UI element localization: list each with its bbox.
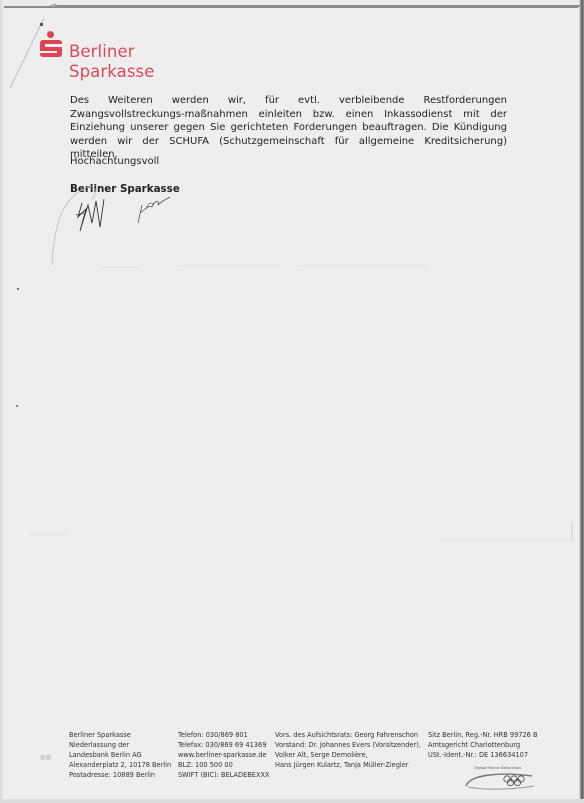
- brand-name: Berliner Sparkasse: [69, 42, 154, 82]
- footer-text: Alexanderplatz 2, 10178 Berlin: [69, 760, 171, 770]
- sparkasse-s-logo-icon: [40, 31, 62, 61]
- footer-address-column: Berliner Sparkasse Niederlassung der Lan…: [69, 730, 171, 780]
- footer-text: Postadresse: 10889 Berlin: [69, 770, 171, 780]
- footer-text: Landesbank Berlin AG: [69, 750, 171, 760]
- footer-swift: SWIFT (BIC): BELADEBEXXX: [178, 770, 270, 780]
- handwritten-signature-icon: [40, 165, 190, 275]
- footer-text: Vorstand: Dr. Johannes Evers (Vorsitzend…: [275, 740, 421, 750]
- brand-line-2: Sparkasse: [69, 62, 154, 82]
- footer-contact-column: Telefon: 030/869 801 Telefax: 030/869 69…: [178, 730, 270, 780]
- footer-fax: Telefax: 030/869 69 41369: [178, 740, 270, 750]
- footer-registry-column: Sitz Berlin, Reg.-Nr. HRB 99726 B Amtsge…: [428, 730, 537, 760]
- scan-bottom-edge: [0, 799, 584, 803]
- footer-text: USt.-Ident.-Nr.: DE 136634107: [428, 750, 537, 760]
- faint-scan-mark: ■■: [40, 754, 51, 761]
- footer-board-column: Vors. des Aufsichtsrats: Georg Fahrensch…: [275, 730, 421, 770]
- brand-line-1: Berliner: [69, 42, 154, 62]
- letter-body-paragraph: Des Weiteren werden wir, für evtl. verbl…: [70, 94, 507, 162]
- scan-left-edge: [0, 0, 4, 803]
- footer-text: Amtsgericht Charlottenburg: [428, 740, 537, 750]
- footer-text: Sitz Berlin, Reg.-Nr. HRB 99726 B: [428, 730, 537, 740]
- scan-right-edge: [579, 0, 584, 803]
- footer-blz: BLZ: 100 500 00: [178, 760, 270, 770]
- footer-website: www.berliner-sparkasse.de: [178, 750, 270, 760]
- footer-text: Berliner Sparkasse: [69, 730, 171, 740]
- footer-text: Volker Alt, Serge Demolière,: [275, 750, 421, 760]
- footer-text: Hans Jürgen Kulartz, Tanja Müller-Ziegle…: [275, 760, 421, 770]
- footer-phone: Telefon: 030/869 801: [178, 730, 270, 740]
- olympic-rings-icon: [462, 766, 540, 792]
- footer-text: Niederlassung der: [69, 740, 171, 750]
- footer-text: Vors. des Aufsichtsrats: Georg Fahrensch…: [275, 730, 421, 740]
